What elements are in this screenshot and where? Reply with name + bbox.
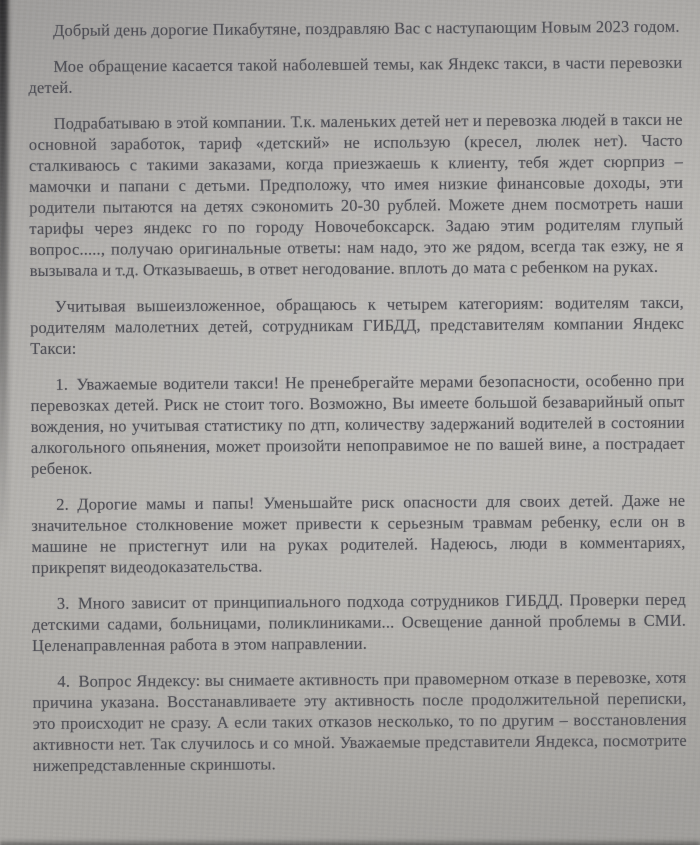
photo-edge-shadow-left bbox=[0, 0, 8, 554]
paragraph-greeting: Добрый день дорогие Пикабутяне, поздравл… bbox=[28, 16, 682, 41]
item-2-parents: 2. Дорогие мамы и папы! Уменьшайте риск … bbox=[31, 490, 686, 578]
item-3-gibdd: 3. Много зависит от принципиального подх… bbox=[32, 589, 686, 656]
paragraph-appeal: Учитывая вышеизложенное, обращаюсь к чет… bbox=[30, 292, 684, 359]
paragraph-experience: Подрабатываю в этой компании. Т.к. мален… bbox=[29, 109, 684, 281]
item-4-yandex: 4. Вопрос Яндексу: вы снимаете активност… bbox=[32, 667, 687, 776]
page-text: Добрый день дорогие Пикабутяне, поздравл… bbox=[28, 16, 687, 776]
paragraph-topic: Мое обращение касается такой наболевшей … bbox=[28, 52, 682, 98]
document-photo: Добрый день дорогие Пикабутяне, поздравл… bbox=[0, 0, 700, 845]
item-1-taxi-drivers: 1. Уважаемые водители такси! Не пренебре… bbox=[30, 370, 685, 479]
photo-edge-shadow-bottom bbox=[0, 839, 700, 845]
